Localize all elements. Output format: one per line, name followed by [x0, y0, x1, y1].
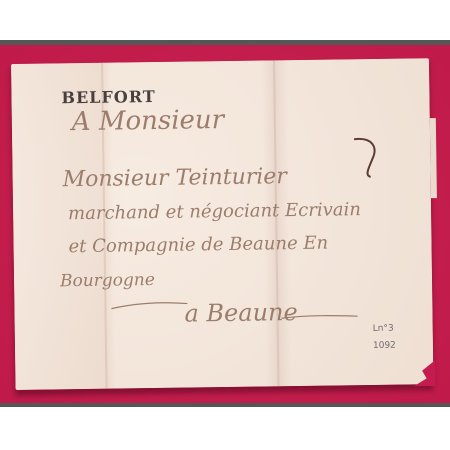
address-line-region: Bourgogne	[60, 270, 155, 291]
paper-flap	[430, 118, 437, 198]
pencil-note: 1092	[373, 341, 396, 351]
pencil-note: Ln°3	[373, 324, 394, 334]
fold-line	[273, 60, 280, 386]
torn-corner	[413, 360, 435, 386]
underline-flourish	[279, 311, 359, 322]
letter-paper: BELFORT A Monsieur Monsieur Teinturier m…	[11, 58, 434, 390]
postmark-stamp: BELFORT	[61, 87, 155, 107]
address-line-name: Monsieur Teinturier	[62, 164, 287, 192]
address-line-salutation: A Monsieur	[72, 105, 225, 137]
underline-flourish	[109, 298, 189, 313]
address-line-company: et Compagnie de Beaune En	[68, 233, 328, 258]
address-line-occupation: marchand et négociant Ecrivain	[68, 199, 361, 224]
flourish-stroke	[352, 129, 383, 179]
